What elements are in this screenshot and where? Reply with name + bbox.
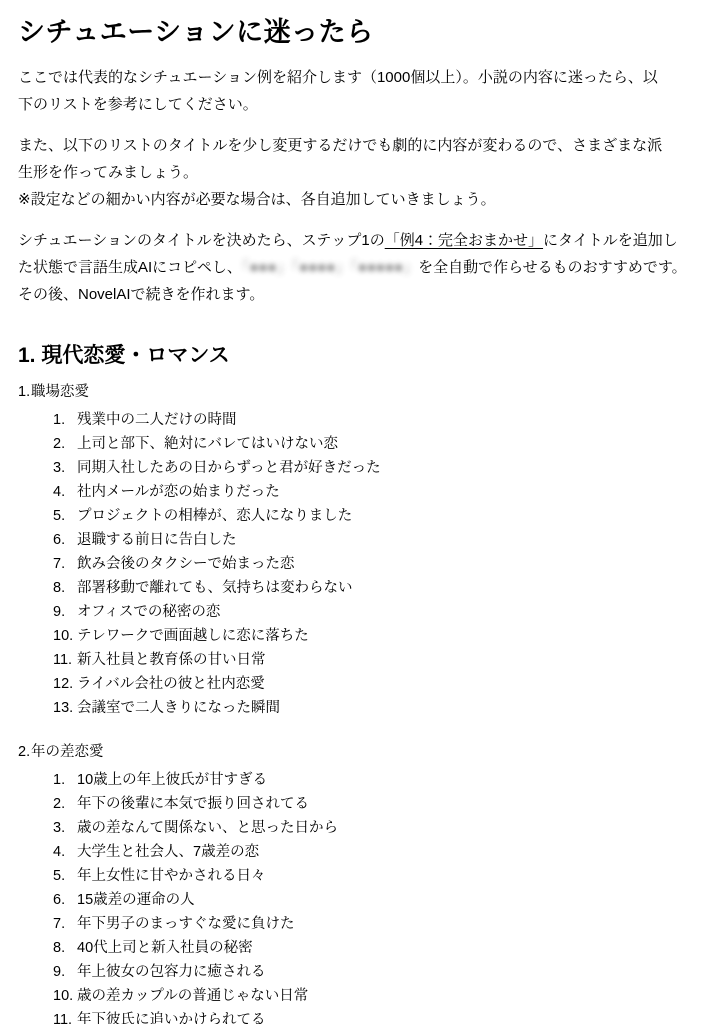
situation-item-text: 社内メールが恋の始まりだった <box>77 484 280 500</box>
situation-item-number: 12. <box>53 672 73 696</box>
situation-item: 12.ライバル会社の彼と社内恋愛 <box>18 672 692 696</box>
situation-item-number: 10. <box>53 984 73 1008</box>
situation-item-number: 7. <box>53 552 65 576</box>
situation-item-text: 歳の差なんて関係ない、と思った日から <box>77 820 338 836</box>
situation-item-number: 10. <box>53 624 73 648</box>
category-group-number: 2. <box>18 740 30 764</box>
situation-item-number: 11. <box>53 648 72 672</box>
situation-item: 9.年上彼女の包容力に癒される <box>18 960 692 984</box>
situation-item-text: 部署移動で離れても、気持ちは変わらない <box>77 580 353 596</box>
situation-item-text: 飲み会後のタクシーで始まった恋 <box>77 556 295 572</box>
situation-item: 10.テレワークで画面越しに恋に落ちた <box>18 624 692 648</box>
situation-item: 9.オフィスでの秘密の恋 <box>18 600 692 624</box>
category-group-number: 1. <box>18 380 30 404</box>
situation-item: 11.年下彼氏に追いかけられてる <box>18 1008 692 1024</box>
situation-item-text: プロジェクトの相棒が、恋人になりました <box>77 508 352 524</box>
situation-item-text: テレワークで画面越しに恋に落ちた <box>77 628 309 644</box>
category-group: 1.職場恋愛1.残業中の二人だけの時間2.上司と部下、絶対にバレてはいけない恋3… <box>18 380 692 720</box>
situation-item-text: 新入社員と教育係の甘い日常 <box>77 652 266 668</box>
situation-item-number: 1. <box>53 768 65 792</box>
situation-item: 1.残業中の二人だけの時間 <box>18 408 692 432</box>
situation-item-number: 11. <box>53 1008 72 1024</box>
page-title: シチュエーションに迷ったら <box>18 14 692 50</box>
situation-item: 10.歳の差カップルの普通じゃない日常 <box>18 984 692 1008</box>
situation-item: 8.40代上司と新入社員の秘密 <box>18 936 692 960</box>
situation-item-number: 2. <box>53 792 65 816</box>
situation-item: 3.歳の差なんて関係ない、と思った日から <box>18 816 692 840</box>
situation-item-text: 退職する前日に告白した <box>77 532 237 548</box>
situation-item-number: 1. <box>53 408 65 432</box>
situation-list: 1.残業中の二人だけの時間2.上司と部下、絶対にバレてはいけない恋3.同期入社し… <box>18 408 692 720</box>
category-group-title-row: 1.職場恋愛 <box>18 380 692 404</box>
workflow-text-after-redacted: を全自動で作らせる <box>418 259 553 276</box>
situation-item-text: 15歳差の運命の人 <box>77 892 195 908</box>
situation-item-number: 4. <box>53 480 65 504</box>
situation-item-number: 2. <box>53 432 65 456</box>
situation-item-text: 歳の差カップルの普通じゃない日常 <box>77 988 308 1004</box>
category-group-title: 職場恋愛 <box>31 384 89 400</box>
situation-item: 2.上司と部下、絶対にバレてはいけない恋 <box>18 432 692 456</box>
section-heading: 1. 現代恋愛・ロマンス <box>18 342 692 370</box>
situation-item-text: 年下彼氏に追いかけられてる <box>77 1012 266 1024</box>
situation-item: 2.年下の後輩に本気で振り回されてる <box>18 792 692 816</box>
situation-item-text: 会議室で二人きりになった瞬間 <box>77 700 280 716</box>
situation-item-number: 5. <box>53 504 65 528</box>
situation-item-text: 10歳上の年上彼氏が甘すぎる <box>77 772 267 788</box>
situation-item-number: 8. <box>53 576 65 600</box>
workflow-paragraph: シチュエーションのタイトルを決めたら、ステップ1の「例4：完全おまかせ」にタイト… <box>18 227 692 308</box>
situation-item-number: 7. <box>53 912 65 936</box>
situation-item: 1.10歳上の年上彼氏が甘すぎる <box>18 768 692 792</box>
situation-item-number: 9. <box>53 960 65 984</box>
situation-item-number: 8. <box>53 936 65 960</box>
situation-item-text: 上司と部下、絶対にバレてはいけない恋 <box>77 436 338 452</box>
situation-item-number: 3. <box>53 456 65 480</box>
situation-item: 4.社内メールが恋の始まりだった <box>18 480 692 504</box>
situation-item: 13.会議室で二人きりになった瞬間 <box>18 696 692 720</box>
situation-item: 7.飲み会後のタクシーで始まった恋 <box>18 552 692 576</box>
variation-paragraph: また、以下のリストのタイトルを少し変更するだけでも劇的に内容が変わるので、さまざ… <box>18 132 692 213</box>
category-group-title-row: 2.年の差恋愛 <box>18 740 692 764</box>
situation-item: 5.プロジェクトの相棒が、恋人になりました <box>18 504 692 528</box>
situation-item-text: ライバル会社の彼と社内恋愛 <box>77 676 265 692</box>
situation-item: 3.同期入社したあの日からずっと君が好きだった <box>18 456 692 480</box>
workflow-text-before-link: シチュエーションのタイトルを決めたら、ステップ1の <box>18 232 385 249</box>
situation-item: 5.年上女性に甘やかされる日々 <box>18 864 692 888</box>
situation-item: 8.部署移動で離れても、気持ちは変わらない <box>18 576 692 600</box>
category-list: 1.職場恋愛1.残業中の二人だけの時間2.上司と部下、絶対にバレてはいけない恋3… <box>18 380 692 1024</box>
situation-item-text: 大学生と社会人、7歳差の恋 <box>77 844 259 860</box>
situation-item-number: 5. <box>53 864 65 888</box>
situation-list: 1.10歳上の年上彼氏が甘すぎる2.年下の後輩に本気で振り回されてる3.歳の差な… <box>18 768 692 1024</box>
situation-item: 6.15歳差の運命の人 <box>18 888 692 912</box>
situation-item-text: 40代上司と新入社員の秘密 <box>77 940 253 956</box>
situation-item-text: オフィスでの秘密の恋 <box>77 604 220 620</box>
situation-item-text: 年下の後輩に本気で振り回されてる <box>77 796 309 812</box>
situation-item-text: 残業中の二人だけの時間 <box>77 412 237 428</box>
redacted-text: 「●●●」「●●●●」「●●●●●」 <box>242 259 418 276</box>
situation-item-number: 9. <box>53 600 65 624</box>
situation-item: 6.退職する前日に告白した <box>18 528 692 552</box>
situation-item-text: 年下男子のまっすぐな愛に負けた <box>77 916 295 932</box>
category-group-title: 年の差恋愛 <box>31 744 104 760</box>
situation-item-text: 年上彼女の包容力に癒される <box>77 964 266 980</box>
category-group: 2.年の差恋愛1.10歳上の年上彼氏が甘すぎる2.年下の後輩に本気で振り回されて… <box>18 740 692 1024</box>
situation-item-number: 6. <box>53 528 65 552</box>
situation-item-text: 同期入社したあの日からずっと君が好きだった <box>77 460 381 476</box>
intro-paragraph: ここでは代表的なシチュエーション例を紹介します（1000個以上）。小説の内容に迷… <box>18 64 692 118</box>
situation-item: 4.大学生と社会人、7歳差の恋 <box>18 840 692 864</box>
document-page: シチュエーションに迷ったら ここでは代表的なシチュエーション例を紹介します（10… <box>0 0 712 1024</box>
example4-link[interactable]: 「例4：完全おまかせ」 <box>385 232 543 249</box>
situation-item-number: 4. <box>53 840 65 864</box>
situation-item-number: 3. <box>53 816 65 840</box>
situation-item-text: 年上女性に甘やかされる日々 <box>77 868 266 884</box>
situation-item: 11.新入社員と教育係の甘い日常 <box>18 648 692 672</box>
situation-item: 7.年下男子のまっすぐな愛に負けた <box>18 912 692 936</box>
situation-item-number: 13. <box>53 696 73 720</box>
situation-item-number: 6. <box>53 888 65 912</box>
